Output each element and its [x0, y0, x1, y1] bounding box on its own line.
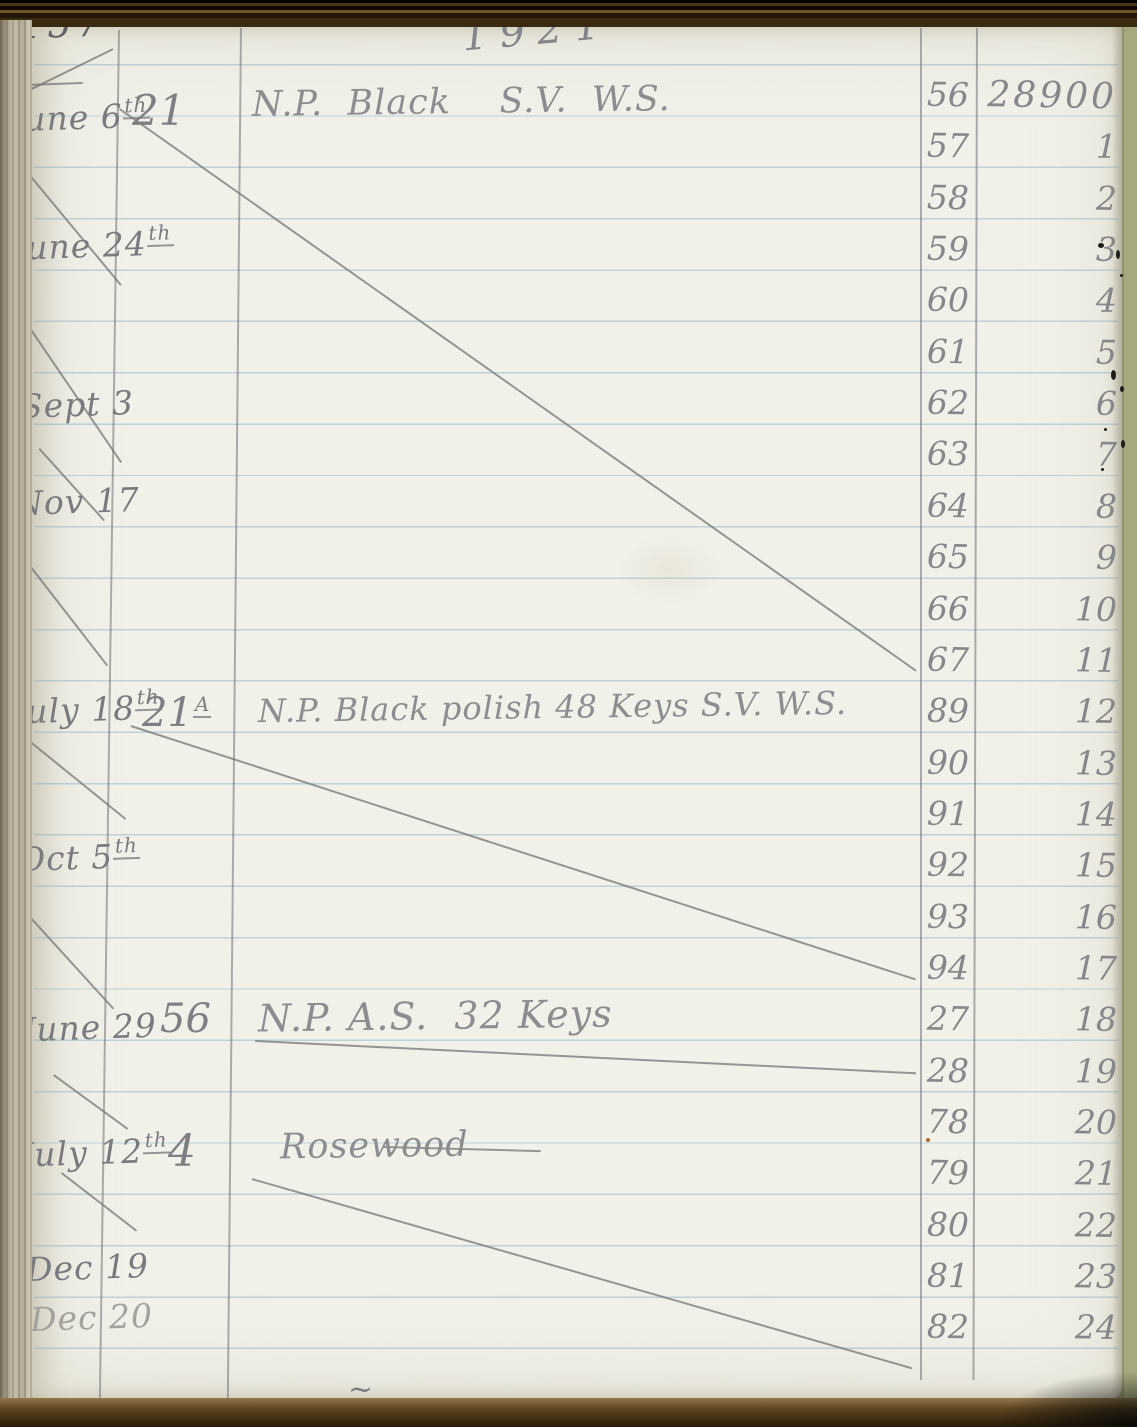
ink-speck [1116, 250, 1120, 259]
book-binding-top [0, 0, 1137, 27]
amount-cell: 6 [1005, 382, 1118, 423]
amount-cell: 23 [1005, 1255, 1118, 1296]
amount-cell: 21 [1005, 1152, 1118, 1193]
tally-number-column: 2890012345678910111213141516171819202122… [0, 0, 1137, 1427]
amount-cell: 10 [1005, 588, 1118, 629]
amount-cell: 18 [1005, 998, 1118, 1039]
amount-cell: 5 [1005, 331, 1118, 372]
book-binding-bottom [0, 1398, 1137, 1427]
ink-speck [1104, 428, 1107, 431]
amount-cell: 3 [1005, 228, 1118, 269]
amount-cell: 28900 [955, 74, 1118, 118]
amount-cell: 11 [1005, 639, 1118, 680]
amount-cell: 24 [1005, 1306, 1118, 1347]
ink-speck [1101, 468, 1104, 471]
ink-speck [1098, 243, 1104, 248]
amount-cell: 20 [1005, 1101, 1118, 1142]
ink-speck [1111, 370, 1116, 380]
amount-cell: 19 [1005, 1050, 1118, 1091]
ink-speck [1121, 440, 1125, 448]
amount-cell: 8 [1005, 485, 1118, 526]
amount-cell: 14 [1005, 793, 1118, 834]
book-gutter-left [0, 20, 32, 1410]
amount-cell: 9 [1005, 536, 1118, 577]
amount-cell: 17 [1005, 947, 1118, 988]
ink-speck [1120, 274, 1123, 277]
amount-cell: 22 [1005, 1204, 1118, 1245]
amount-cell: 12 [1005, 690, 1118, 731]
corner-shadow [1000, 1372, 1137, 1427]
ink-speck [1120, 386, 1124, 392]
amount-cell: 16 [1005, 896, 1118, 937]
amount-cell: 13 [1005, 742, 1118, 783]
amount-cell: 1 [1005, 125, 1118, 166]
rust-speck [926, 1138, 930, 1142]
amount-cell: 15 [1005, 844, 1118, 885]
amount-cell: 2 [1005, 177, 1118, 218]
amount-cell: 4 [1005, 279, 1118, 320]
